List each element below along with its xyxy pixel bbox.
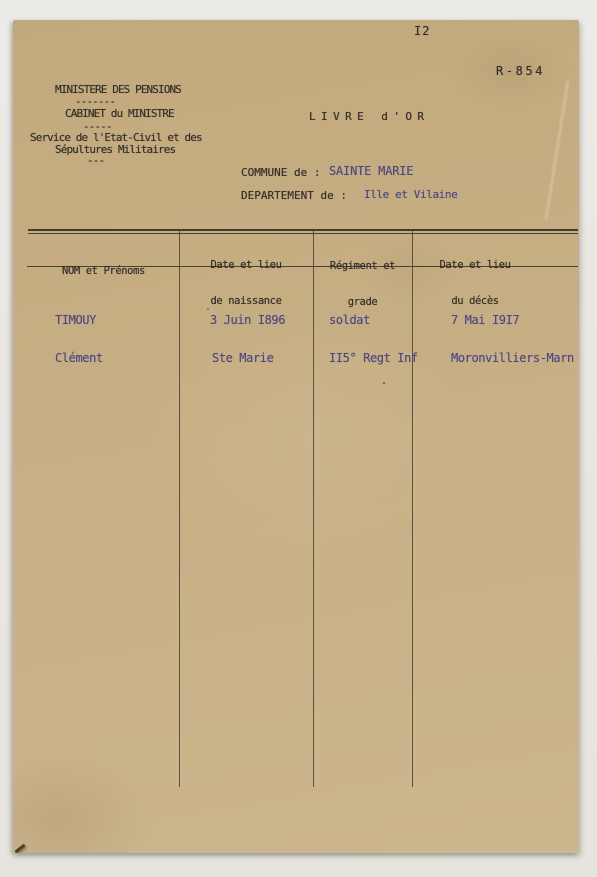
- page-number: I2: [414, 24, 430, 38]
- table-row-birth-cell: 3 Juin I896 Ste Marie: [210, 289, 285, 389]
- soldier-firstname: Clément: [55, 352, 103, 365]
- document-page: I2 R-854 MINISTERE DES PENSIONS ------- …: [13, 20, 579, 853]
- document-title: L I V R E d ' O R: [309, 110, 423, 123]
- column-header-line: Date et lieu: [412, 259, 538, 271]
- departement-label: DEPARTEMENT de :: [241, 189, 347, 202]
- letterhead-cabinet: CABINET du MINISTRE: [65, 107, 174, 120]
- paper-speck: [383, 382, 385, 384]
- column-header-line: NOM et Prénoms: [28, 265, 179, 277]
- table-top-border-inner: [28, 233, 578, 234]
- departement-value: Ille et Vilaine: [364, 188, 457, 201]
- column-header-line: Régiment et: [313, 260, 412, 272]
- column-header-line: Date et lieu: [179, 259, 313, 271]
- letterhead-service-line2: Sépultures Militaires: [55, 143, 175, 156]
- commune-value: SAINTE MARIE: [329, 164, 413, 178]
- rank: soldat: [329, 314, 418, 327]
- paper-crease: [545, 81, 569, 220]
- table-row-name-cell: TIMOUY Clément: [55, 289, 103, 389]
- column-header-name: NOM et Prénoms: [28, 241, 179, 301]
- table-row-death-cell: 7 Mai I9I7 Moronvilliers-Marn: [451, 289, 574, 389]
- death-date: 7 Mai I9I7: [451, 314, 574, 327]
- paper-speck: [207, 308, 209, 310]
- letterhead-ministry: MINISTERE DES PENSIONS: [55, 83, 181, 96]
- reference-number: R-854: [496, 64, 545, 78]
- table-top-border-outer: [28, 229, 578, 231]
- soldier-surname: TIMOUY: [55, 314, 103, 327]
- birth-place: Ste Marie: [210, 352, 285, 365]
- birth-date: 3 Juin I896: [210, 314, 285, 327]
- table-row-regiment-cell: soldat II5° Regt Inf: [329, 289, 418, 389]
- paper-corner-mark: [14, 844, 25, 853]
- regiment: II5° Regt Inf: [329, 352, 418, 365]
- scan-background: I2 R-854 MINISTERE DES PENSIONS ------- …: [0, 0, 597, 877]
- letterhead-separator: ---: [87, 154, 104, 167]
- death-place: Moronvilliers-Marn: [451, 352, 574, 365]
- commune-label: COMMUNE de :: [241, 166, 320, 179]
